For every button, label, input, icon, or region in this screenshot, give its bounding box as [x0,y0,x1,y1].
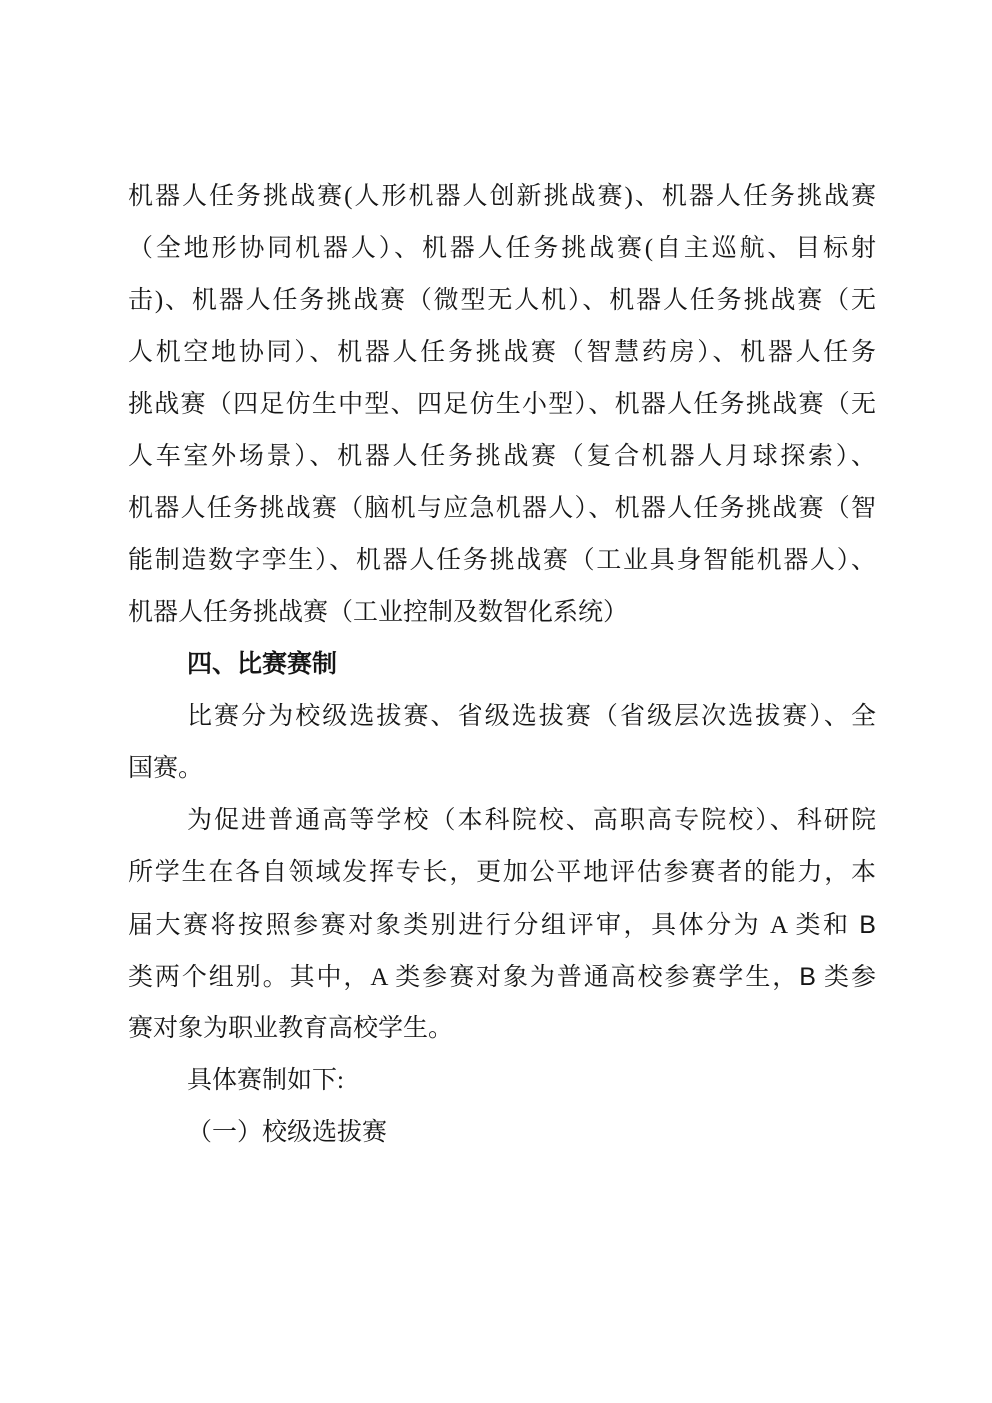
body-line: 挑战赛（四足仿生中型、四足仿生小型）、机器人任务挑战赛（无 [128,379,876,431]
text-block: 机器人任务挑战赛(人形机器人创新挑战赛)、机器人任务挑战赛 （全地形协同机器人）… [128,171,876,1159]
body-line: （全地形协同机器人）、机器人任务挑战赛(自主巡航、目标射 [128,223,876,275]
body-line: 所学生在各自领域发挥专长，更加公平地评估参赛者的能力，本 [128,847,876,899]
body-line: 为促进普通高等学校（本科院校、高职高专院校）、科研院 [128,795,876,847]
body-line: 比赛分为校级选拔赛、省级选拔赛（省级层次选拔赛）、全 [128,691,876,743]
body-line: 机器人任务挑战赛（工业控制及数智化系统） [128,587,876,639]
body-line: 机器人任务挑战赛（脑机与应急机器人）、机器人任务挑战赛（智 [128,483,876,535]
body-line: 击)、机器人任务挑战赛（微型无人机）、机器人任务挑战赛（无 [128,275,876,327]
subsection-heading: （一）校级选拔赛 [128,1107,876,1159]
body-line: 人车室外场景）、机器人任务挑战赛（复合机器人月球探索）、 [128,431,876,483]
document-page: 机器人任务挑战赛(人形机器人创新挑战赛)、机器人任务挑战赛 （全地形协同机器人）… [0,0,992,1403]
body-line: 国赛。 [128,743,876,795]
body-line: 具体赛制如下: [128,1055,876,1107]
body-line: 人机空地协同）、机器人任务挑战赛（智慧药房）、机器人任务 [128,327,876,379]
section-heading: 四、比赛赛制 [128,639,876,691]
body-line: 能制造数字孪生）、机器人任务挑战赛（工业具身智能机器人）、 [128,535,876,587]
body-line: 类两个组别。其中，A 类参赛对象为普通高校参赛学生，B 类参 [128,951,876,1003]
body-line: 赛对象为职业教育高校学生。 [128,1003,876,1055]
body-line: 机器人任务挑战赛(人形机器人创新挑战赛)、机器人任务挑战赛 [128,171,876,223]
body-line: 届大赛将按照参赛对象类别进行分组评审，具体分为 A 类和 B [128,899,876,951]
